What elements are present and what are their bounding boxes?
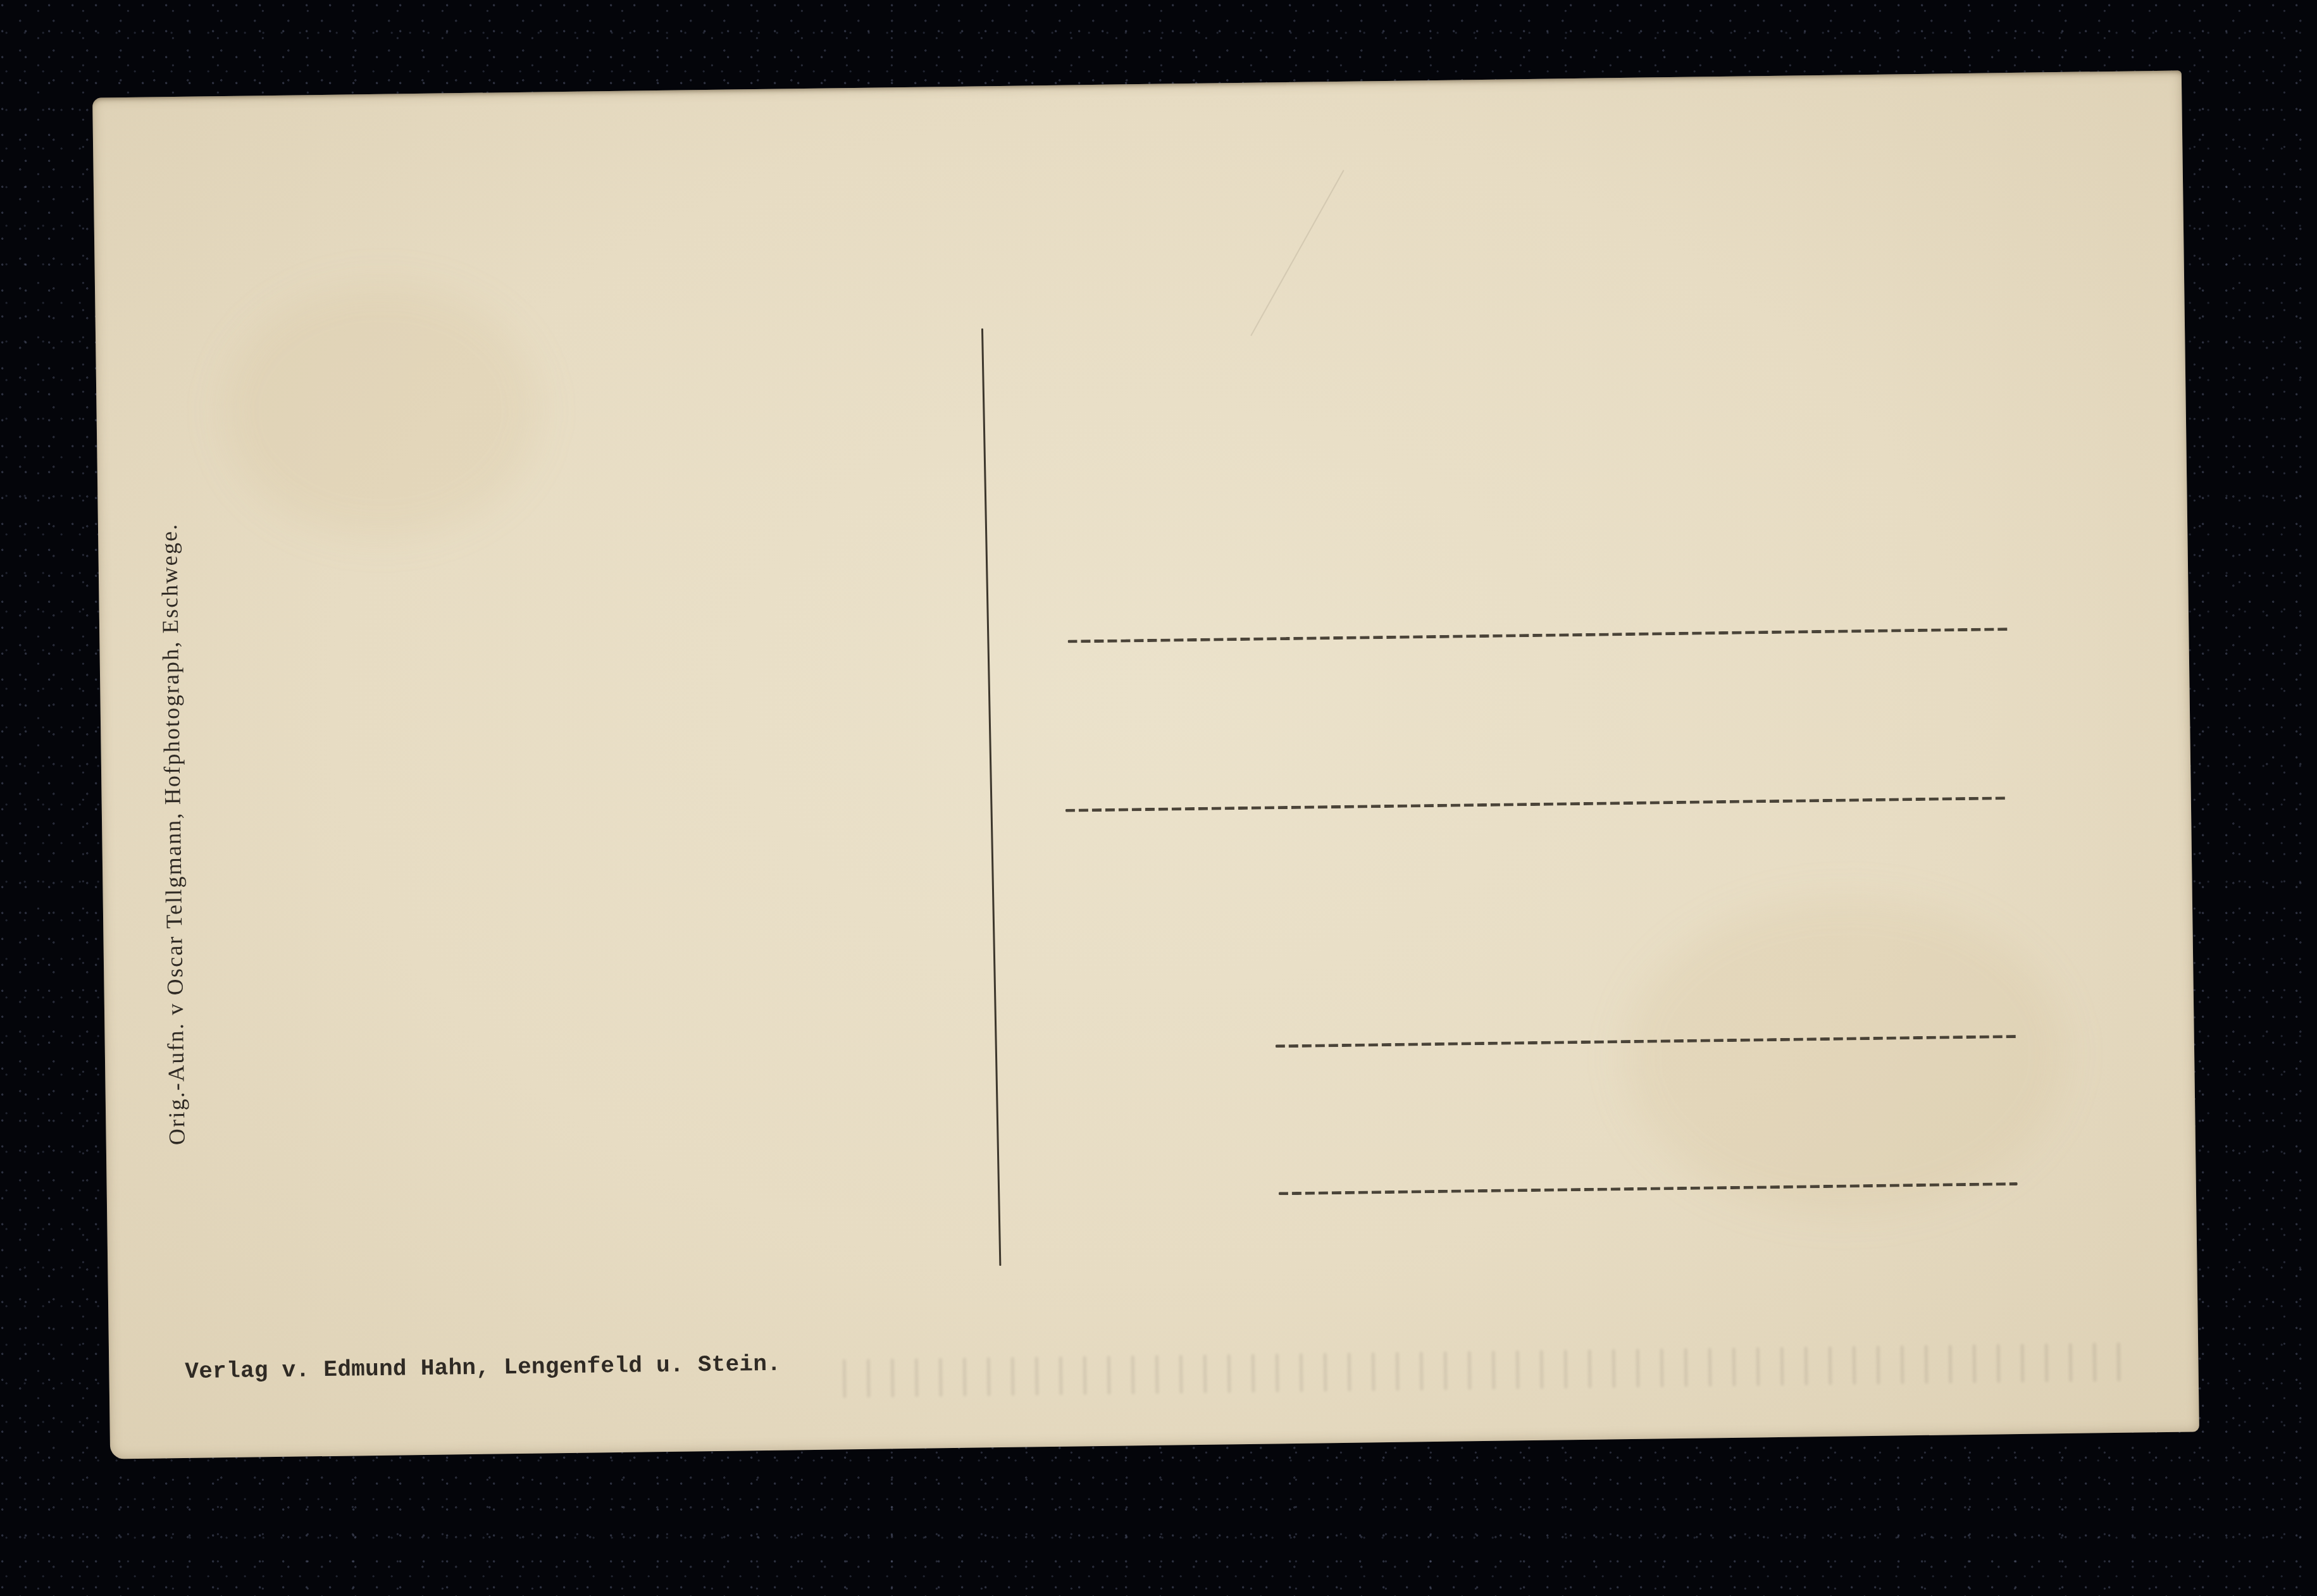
paper-stain xyxy=(1622,894,2068,1216)
postcard: Orig.-Aufn. v Oscar Tellgmann, Hofphotog… xyxy=(92,70,2199,1459)
photographer-credit: Orig.-Aufn. v Oscar Tellgmann, Hofphotog… xyxy=(156,523,190,1145)
show-through-marks xyxy=(843,1343,2140,1398)
paper-stain xyxy=(221,282,541,540)
address-line-2 xyxy=(1065,796,2006,812)
address-line-1 xyxy=(1067,628,2009,643)
message-address-divider xyxy=(981,328,1001,1266)
publisher-imprint: Verlag v. Edmund Hahn, Lengenfeld u. Ste… xyxy=(185,1351,781,1386)
paper-crease xyxy=(1250,170,1344,336)
